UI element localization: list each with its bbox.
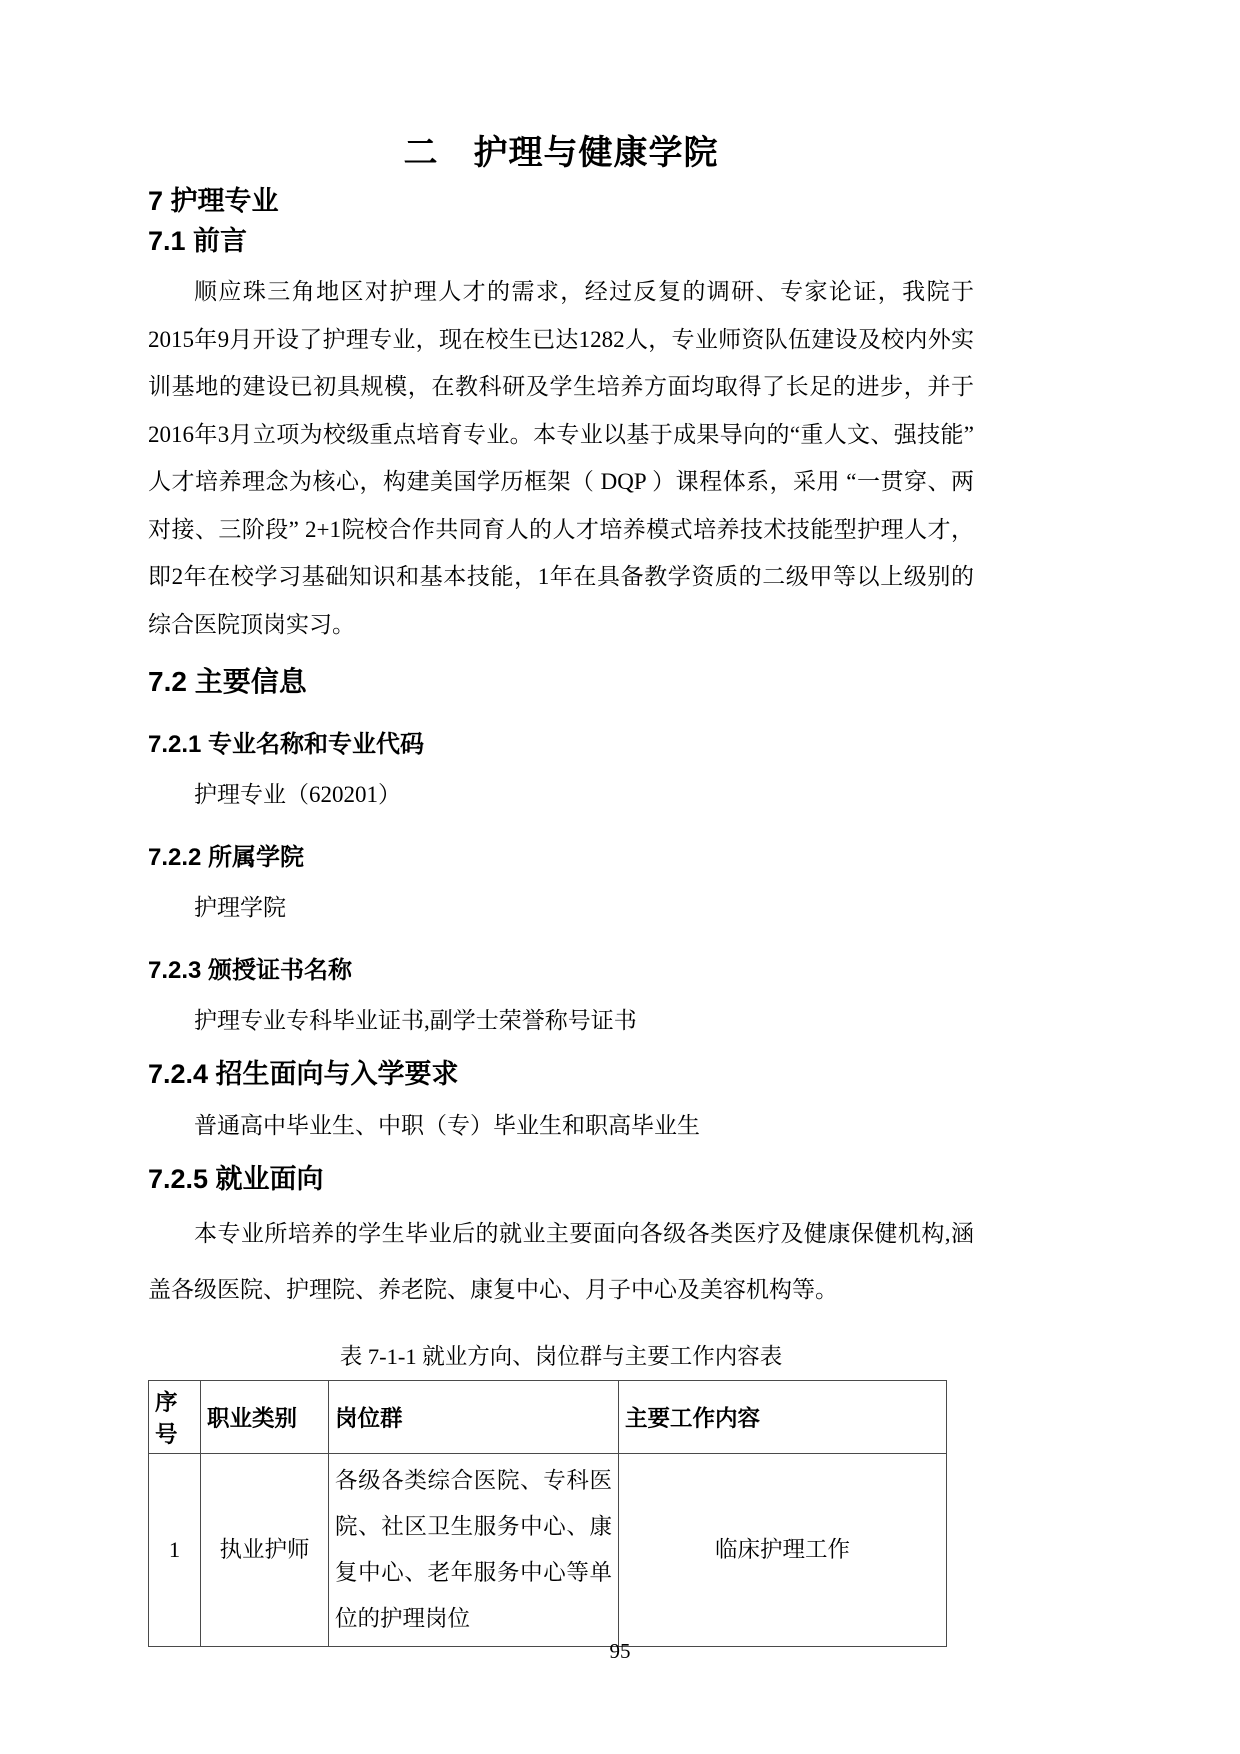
heading-7-1-preface: 7.1 前言 bbox=[148, 222, 974, 260]
major-name-code: 护理专业（620201） bbox=[148, 775, 974, 815]
certificate-name: 护理专业专科毕业证书,副学士荣誉称号证书 bbox=[148, 1001, 974, 1041]
employment-table: 序号 职业类别 岗位群 主要工作内容 1 执业护师 各级各类综合医院、专科医院、… bbox=[148, 1380, 947, 1647]
document-page: 二 护理与健康学院 7 护理专业 7.1 前言 顺应珠三角地区对护理人才的需求，… bbox=[0, 0, 1240, 1754]
heading-7-2-1-name-code: 7.2.1 专业名称和专业代码 bbox=[148, 728, 974, 762]
table-caption: 表 7-1-1 就业方向、岗位群与主要工作内容表 bbox=[148, 1342, 974, 1372]
table-header-positions: 岗位群 bbox=[329, 1381, 619, 1454]
heading-7-2-2-college: 7.2.2 所属学院 bbox=[148, 841, 974, 875]
page-number: 95 bbox=[0, 1639, 1240, 1664]
table-header-no: 序号 bbox=[149, 1381, 201, 1454]
table-header-category: 职业类别 bbox=[201, 1381, 329, 1454]
heading-7-2-main-info: 7.2 主要信息 bbox=[148, 662, 974, 702]
cell-category: 执业护师 bbox=[201, 1454, 329, 1647]
cell-positions: 各级各类综合医院、专科医院、社区卫生服务中心、康复中心、老年服务中心等单位的护理… bbox=[329, 1454, 619, 1647]
heading-7-major: 7 护理专业 bbox=[148, 182, 974, 220]
table-row: 1 执业护师 各级各类综合医院、专科医院、社区卫生服务中心、康复中心、老年服务中… bbox=[149, 1454, 947, 1647]
cell-no: 1 bbox=[149, 1454, 201, 1647]
admission-target: 普通高中毕业生、中职（专）毕业生和职高毕业生 bbox=[148, 1106, 974, 1146]
preface-paragraph: 顺应珠三角地区对护理人才的需求，经过反复的调研、专家论证，我院于2015年9月开… bbox=[148, 268, 974, 648]
heading-7-2-3-certificate: 7.2.3 颁授证书名称 bbox=[148, 954, 974, 988]
employment-paragraph: 本专业所培养的学生毕业后的就业主要面向各级各类医疗及健康保健机构,涵盖各级医院、… bbox=[148, 1206, 974, 1318]
heading-7-2-5-employment: 7.2.5 就业面向 bbox=[148, 1160, 974, 1198]
cell-duties: 临床护理工作 bbox=[619, 1454, 947, 1647]
table-header-row: 序号 职业类别 岗位群 主要工作内容 bbox=[149, 1381, 947, 1454]
page-title: 二 护理与健康学院 bbox=[148, 130, 974, 176]
college-name: 护理学院 bbox=[148, 888, 974, 928]
table-header-duties: 主要工作内容 bbox=[619, 1381, 947, 1454]
heading-7-2-4-admission: 7.2.4 招生面向与入学要求 bbox=[148, 1055, 974, 1093]
